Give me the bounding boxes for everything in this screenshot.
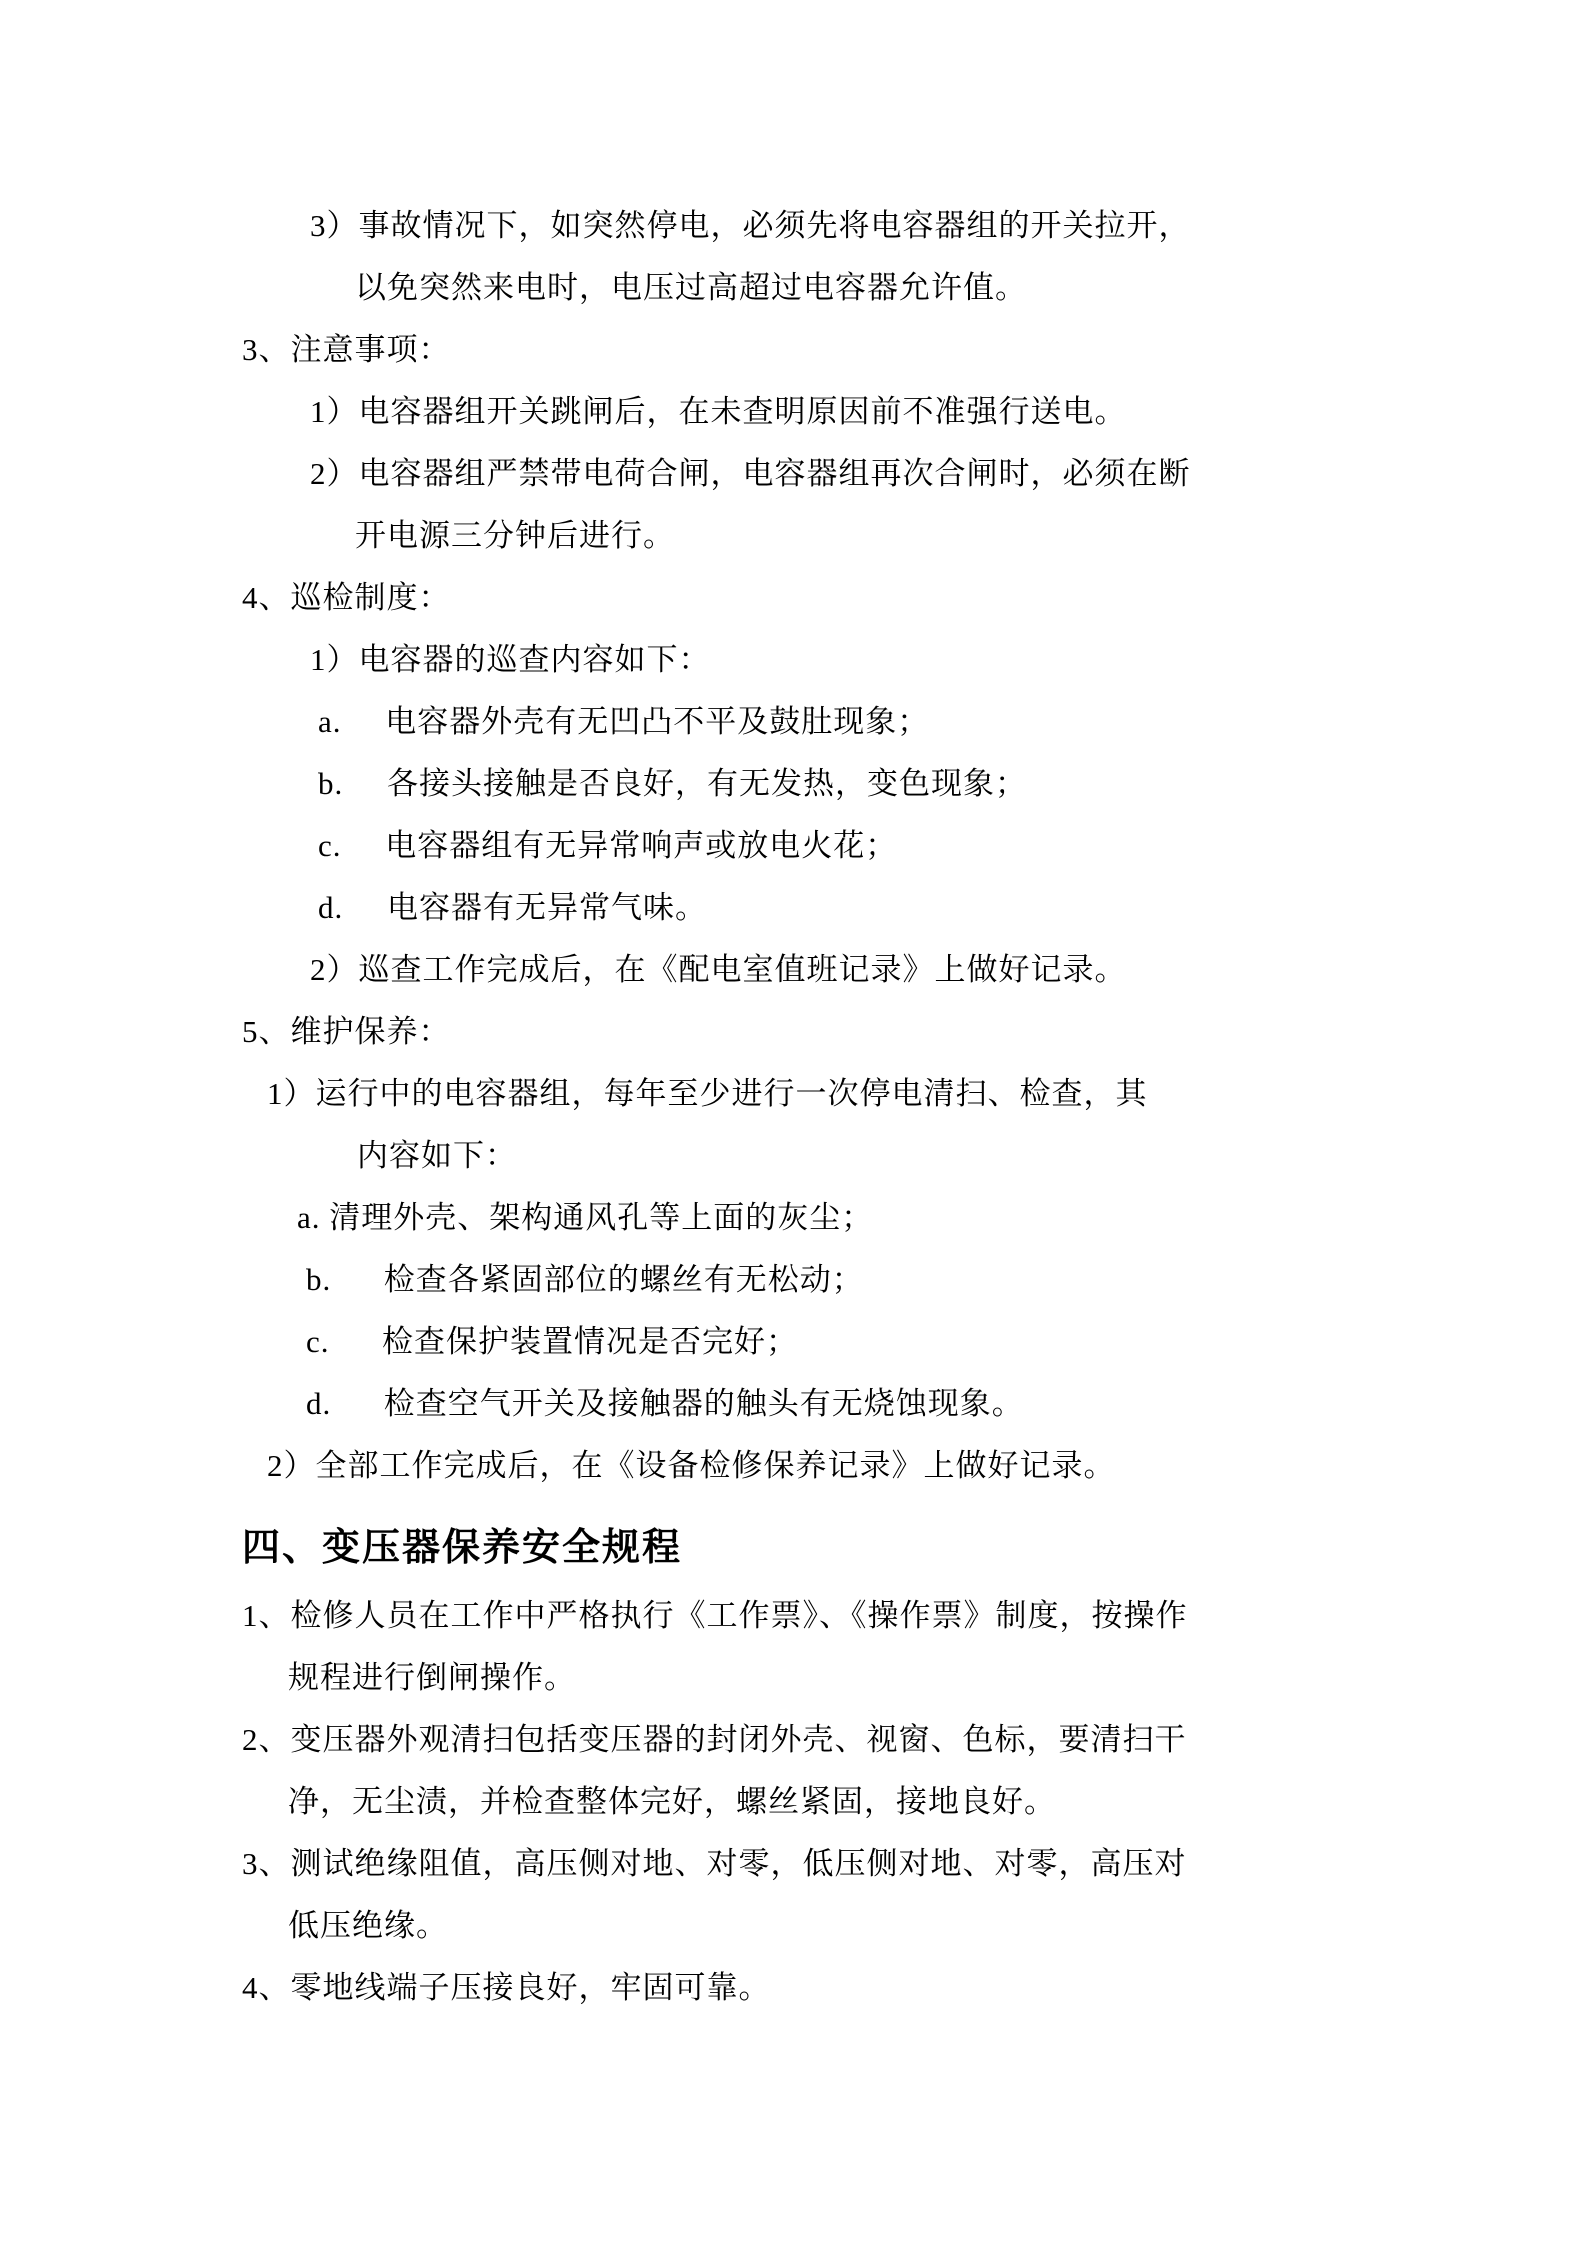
item-5-maintenance: 5、维护保养： — [242, 1001, 1387, 1063]
doc-line: d. 电容器有无异常气味。 — [318, 877, 1387, 939]
doc-line: 开电源三分钟后进行。 — [355, 505, 1387, 567]
item-3-notes: 3、注意事项： — [242, 319, 1387, 381]
doc-line: 低压绝缘。 — [288, 1895, 1387, 1957]
doc-line: 2）巡查工作完成后，在《配电室值班记录》上做好记录。 — [310, 939, 1387, 1001]
doc-line: 1、检修人员在工作中严格执行《工作票》、《操作票》制度，按操作 — [242, 1585, 1387, 1647]
doc-line: 2、变压器外观清扫包括变压器的封闭外壳、视窗、色标，要清扫干 — [242, 1709, 1387, 1771]
doc-line: b. 各接头接触是否良好，有无发热，变色现象； — [318, 753, 1387, 815]
doc-line: c. 电容器组有无异常响声或放电火花； — [318, 815, 1387, 877]
doc-line: 4、零地线端子压接良好，牢固可靠。 — [242, 1957, 1387, 2019]
doc-line: 2）电容器组严禁带电荷合闸，电容器组再次合闸时，必须在断 — [310, 443, 1387, 505]
section-4-heading: 四、变压器保养安全规程 — [242, 1511, 1387, 1585]
doc-line: 1）电容器的巡查内容如下： — [310, 629, 1387, 691]
doc-line: c. 检查保护装置情况是否完好； — [306, 1311, 1387, 1373]
doc-line: 规程进行倒闸操作。 — [288, 1647, 1387, 1709]
doc-line: a. 清理外壳、架构通风孔等上面的灰尘； — [297, 1187, 1387, 1249]
doc-line: 内容如下： — [357, 1125, 1387, 1187]
doc-line: 3）事故情况下，如突然停电，必须先将电容器组的开关拉开， — [310, 195, 1387, 257]
doc-line: b. 检查各紧固部位的螺丝有无松动； — [306, 1249, 1387, 1311]
document-page: 3）事故情况下，如突然停电，必须先将电容器组的开关拉开， 以免突然来电时，电压过… — [0, 0, 1587, 2245]
doc-line: 2）全部工作完成后，在《设备检修保养记录》上做好记录。 — [267, 1435, 1387, 1497]
doc-line: a. 电容器外壳有无凹凸不平及鼓肚现象； — [318, 691, 1387, 753]
doc-line: 净，无尘渍，并检查整体完好，螺丝紧固，接地良好。 — [288, 1771, 1387, 1833]
doc-line: d. 检查空气开关及接触器的触头有无烧蚀现象。 — [306, 1373, 1387, 1435]
doc-line: 1）运行中的电容器组，每年至少进行一次停电清扫、检查，其 — [267, 1063, 1387, 1125]
item-4-inspection: 4、巡检制度： — [242, 567, 1387, 629]
doc-line: 1）电容器组开关跳闸后，在未查明原因前不准强行送电。 — [310, 381, 1387, 443]
doc-line: 以免突然来电时，电压过高超过电容器允许值。 — [355, 257, 1387, 319]
doc-line: 3、测试绝缘阻值，高压侧对地、对零，低压侧对地、对零，高压对 — [242, 1833, 1387, 1895]
